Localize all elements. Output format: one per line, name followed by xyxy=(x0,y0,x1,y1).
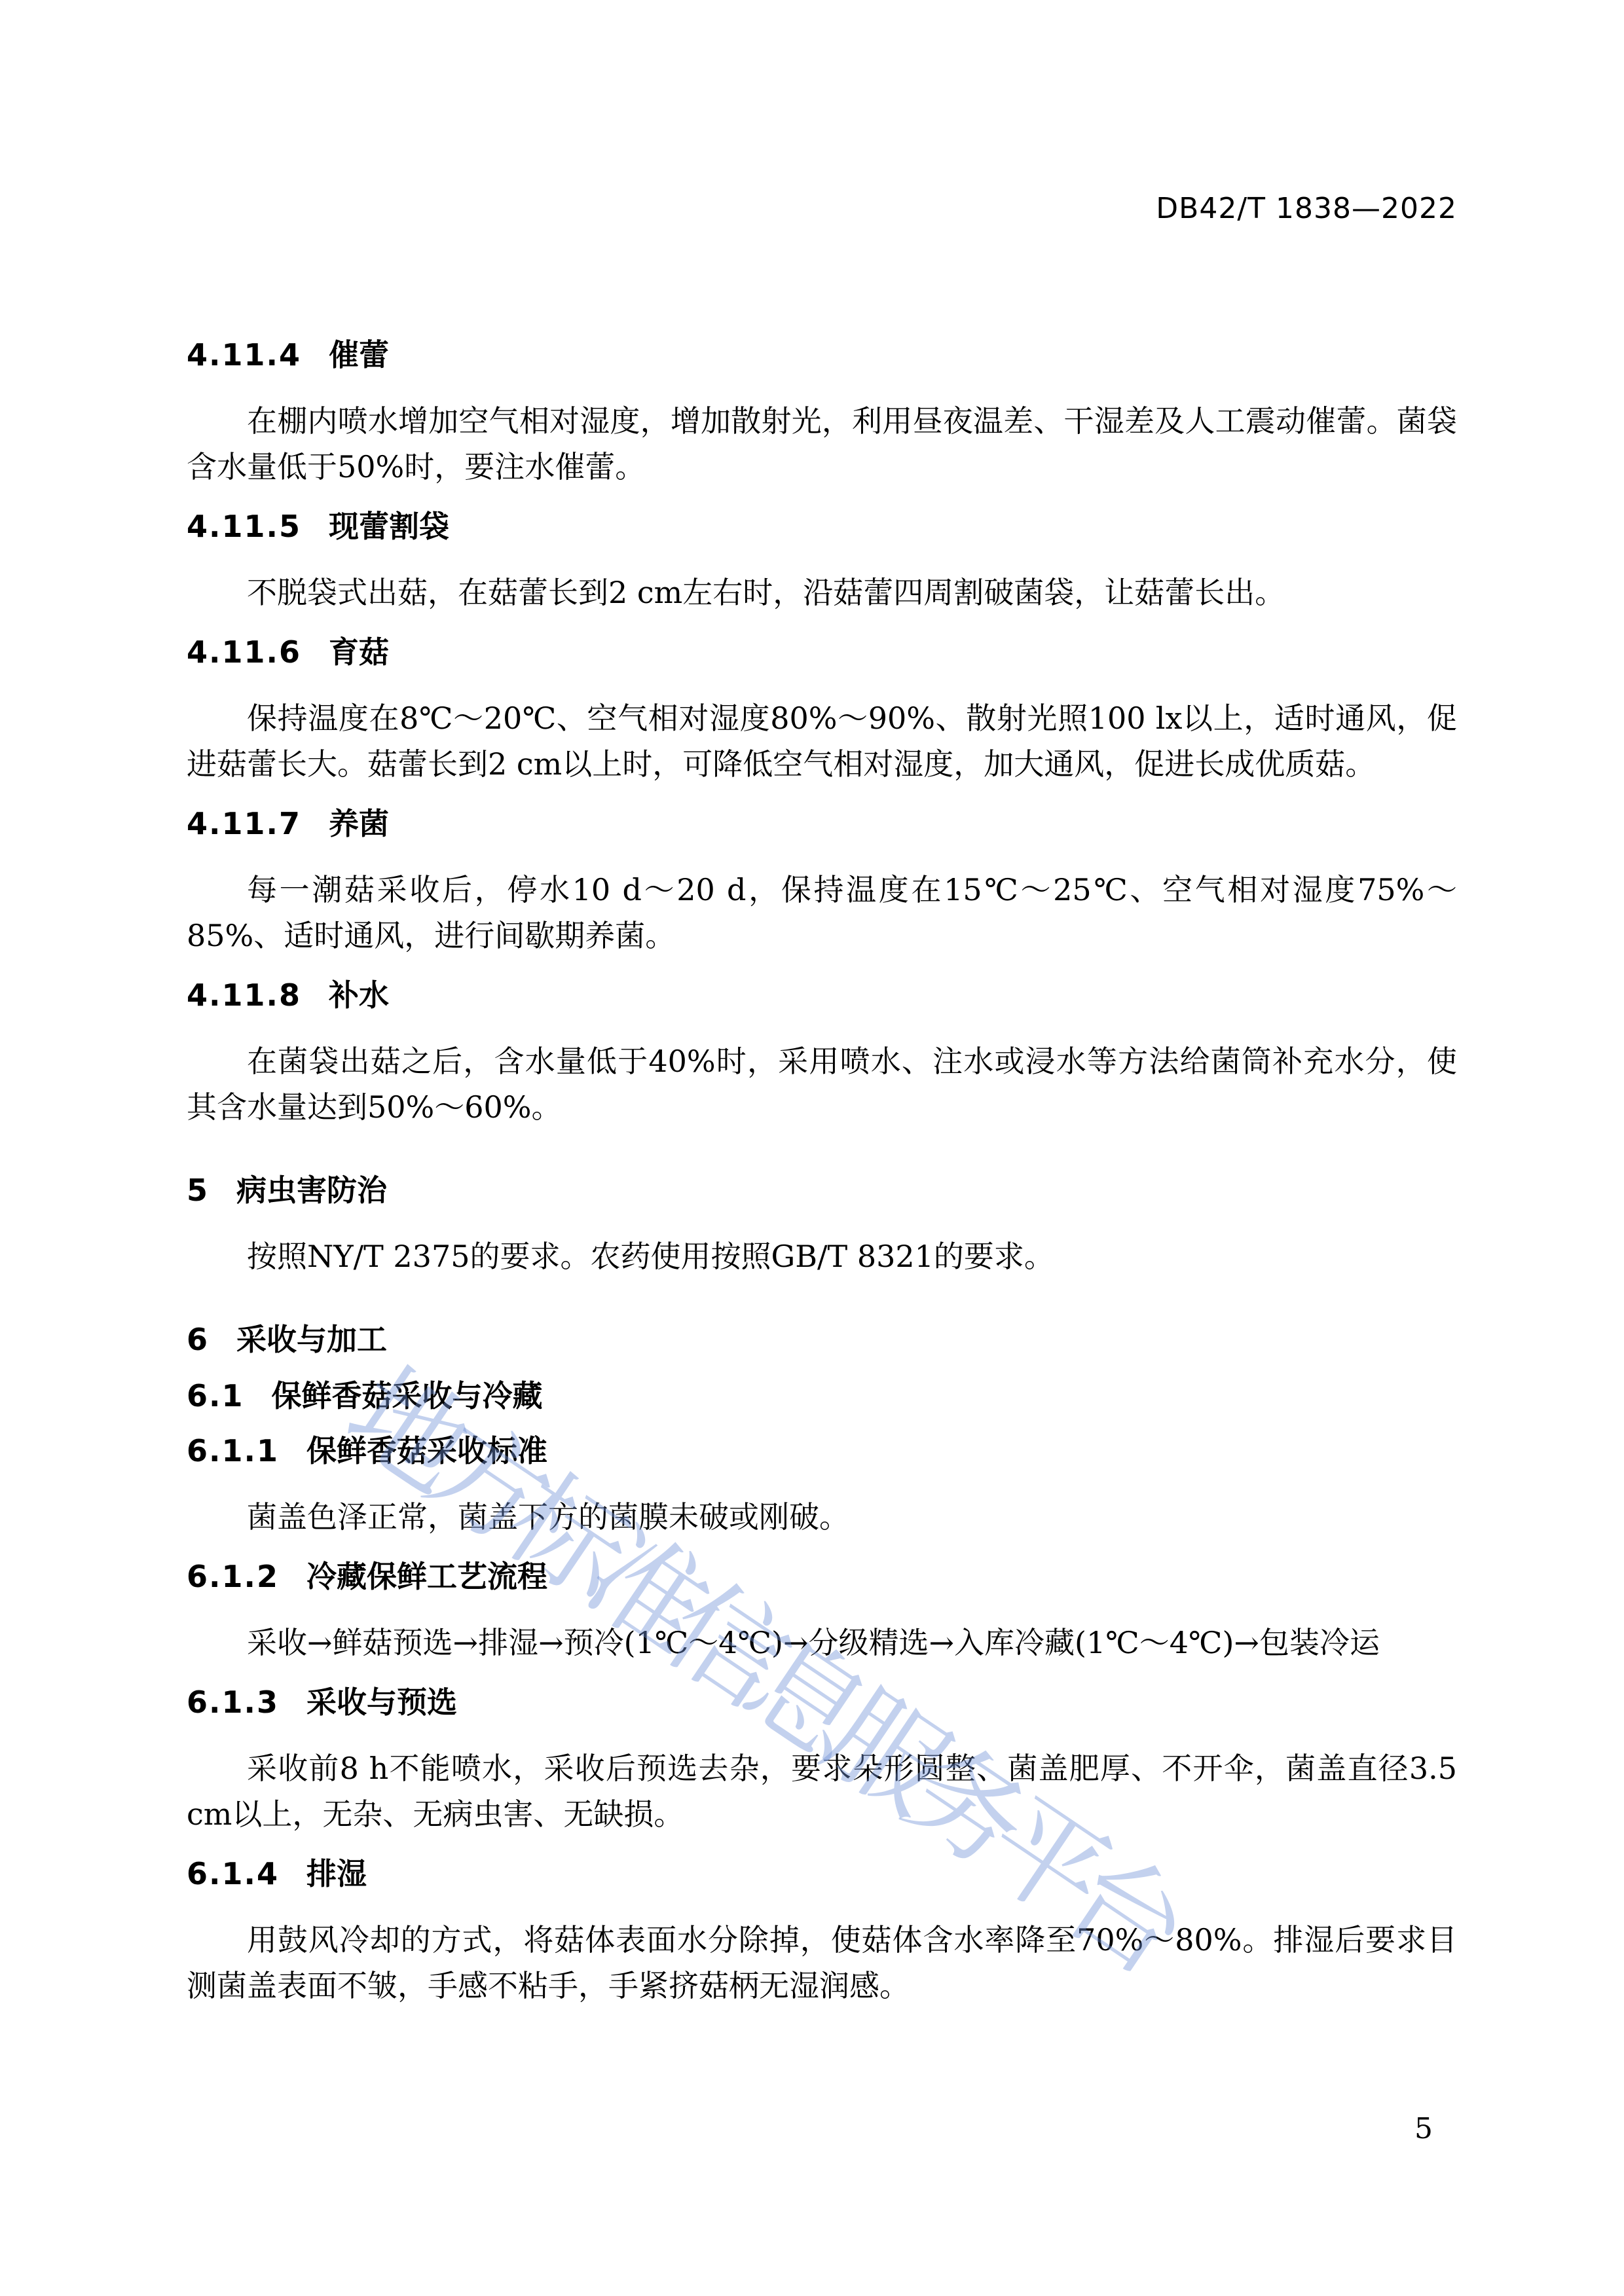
section-number: 6.1.4 xyxy=(187,1856,279,1891)
paragraph: 在棚内喷水增加空气相对湿度，增加散射光，利用昼夜温差、干湿差及人工震动催蕾。菌袋… xyxy=(187,398,1457,490)
section-4-11-8: 4.11.8补水 在菌袋出菇之后，含水量低于40%时，采用喷水、注水或浸水等方法… xyxy=(187,977,1457,1130)
section-heading: 4.11.7养菌 xyxy=(187,805,1457,842)
section-number: 6.1 xyxy=(187,1378,244,1413)
paragraph: 菌盖色泽正常，菌盖下方的菌膜未破或刚破。 xyxy=(187,1494,1457,1540)
section-title: 采收与加工 xyxy=(236,1322,387,1357)
document-code: DB42/T 1838—2022 xyxy=(187,194,1457,224)
section-heading: 6.1保鲜香菇采收与冷藏 xyxy=(187,1377,1457,1414)
section-6-1-3: 6.1.3采收与预选 采收前8 h不能喷水，采收后预选去杂，要求朵形圆整、菌盖肥… xyxy=(187,1684,1457,1837)
section-title: 排湿 xyxy=(306,1856,367,1891)
page-number: 5 xyxy=(1414,2114,1433,2144)
section-4-11-6: 4.11.6育菇 保持温度在8℃～20℃、空气相对湿度80%～90%、散射光照1… xyxy=(187,634,1457,787)
section-heading: 6.1.4排湿 xyxy=(187,1855,1457,1892)
section-title: 病虫害防治 xyxy=(236,1173,387,1208)
paragraph: 不脱袋式出菇，在菇蕾长到2 cm左右时，沿菇蕾四周割破菌袋，让菇蕾长出。 xyxy=(187,570,1457,615)
section-title: 补水 xyxy=(329,977,389,1013)
section-6-1-4: 6.1.4排湿 用鼓风冷却的方式，将菇体表面水分除掉，使菇体含水率降至70%～8… xyxy=(187,1855,1457,2009)
paragraph: 保持温度在8℃～20℃、空气相对湿度80%～90%、散射光照100 lx以上，适… xyxy=(187,695,1457,787)
paragraph: 每一潮菇采收后，停水10 d～20 d，保持温度在15℃～25℃、空气相对湿度7… xyxy=(187,867,1457,958)
section-heading: 6.1.2冷藏保鲜工艺流程 xyxy=(187,1558,1457,1595)
section-heading: 6.1.3采收与预选 xyxy=(187,1684,1457,1721)
section-heading: 6采收与加工 xyxy=(187,1321,1457,1358)
section-number: 6 xyxy=(187,1322,209,1357)
section-4-11-5: 4.11.5现蕾割袋 不脱袋式出菇，在菇蕾长到2 cm左右时，沿菇蕾四周割破菌袋… xyxy=(187,508,1457,615)
section-number: 6.1.1 xyxy=(187,1433,279,1468)
section-number: 4.11.5 xyxy=(187,509,301,544)
section-title: 保鲜香菇采收与冷藏 xyxy=(272,1378,543,1413)
paragraph: 采收前8 h不能喷水，采收后预选去杂，要求朵形圆整、菌盖肥厚、不开伞，菌盖直径3… xyxy=(187,1745,1457,1837)
section-number: 6.1.2 xyxy=(187,1559,279,1594)
section-title: 冷藏保鲜工艺流程 xyxy=(306,1559,547,1594)
section-number: 4.11.7 xyxy=(187,806,301,841)
section-title: 育菇 xyxy=(329,634,389,670)
section-5: 5病虫害防治 按照NY/T 2375的要求。农药使用按照GB/T 8321的要求… xyxy=(187,1172,1457,1279)
section-number: 6.1.3 xyxy=(187,1685,279,1720)
section-title: 采收与预选 xyxy=(306,1685,457,1720)
paragraph: 在菌袋出菇之后，含水量低于40%时，采用喷水、注水或浸水等方法给菌筒补充水分，使… xyxy=(187,1038,1457,1130)
section-heading: 6.1.1保鲜香菇采收标准 xyxy=(187,1432,1457,1469)
section-number: 4.11.4 xyxy=(187,337,301,373)
document-page: DB42/T 1838—2022 4.11.4催蕾 在棚内喷水增加空气相对湿度，… xyxy=(0,0,1624,2296)
section-number: 4.11.8 xyxy=(187,977,301,1013)
section-6-1-2: 6.1.2冷藏保鲜工艺流程 采收→鲜菇预选→排湿→预冷(1℃～4℃)→分级精选→… xyxy=(187,1558,1457,1666)
section-title: 保鲜香菇采收标准 xyxy=(306,1433,547,1468)
paragraph: 按照NY/T 2375的要求。农药使用按照GB/T 8321的要求。 xyxy=(187,1233,1457,1279)
process-flow-text: 采收→鲜菇预选→排湿→预冷(1℃～4℃)→分级精选→入库冷藏(1℃～4℃)→包装… xyxy=(187,1620,1457,1666)
section-number: 5 xyxy=(187,1173,209,1208)
section-heading: 4.11.4催蕾 xyxy=(187,337,1457,373)
document-content: DB42/T 1838—2022 4.11.4催蕾 在棚内喷水增加空气相对湿度，… xyxy=(0,0,1624,2009)
section-title: 现蕾割袋 xyxy=(329,509,449,544)
section-heading: 4.11.6育菇 xyxy=(187,634,1457,670)
section-heading: 4.11.8补水 xyxy=(187,977,1457,1013)
section-title: 养菌 xyxy=(329,806,389,841)
section-6-1: 6.1保鲜香菇采收与冷藏 xyxy=(187,1377,1457,1414)
section-title: 催蕾 xyxy=(329,337,389,373)
section-6: 6采收与加工 xyxy=(187,1321,1457,1358)
section-6-1-1: 6.1.1保鲜香菇采收标准 菌盖色泽正常，菌盖下方的菌膜未破或刚破。 xyxy=(187,1432,1457,1540)
paragraph: 用鼓风冷却的方式，将菇体表面水分除掉，使菇体含水率降至70%～80%。排湿后要求… xyxy=(187,1917,1457,2009)
section-4-11-4: 4.11.4催蕾 在棚内喷水增加空气相对湿度，增加散射光，利用昼夜温差、干湿差及… xyxy=(187,337,1457,490)
section-number: 4.11.6 xyxy=(187,634,301,670)
section-heading: 5病虫害防治 xyxy=(187,1172,1457,1209)
section-heading: 4.11.5现蕾割袋 xyxy=(187,508,1457,545)
section-4-11-7: 4.11.7养菌 每一潮菇采收后，停水10 d～20 d，保持温度在15℃～25… xyxy=(187,805,1457,958)
